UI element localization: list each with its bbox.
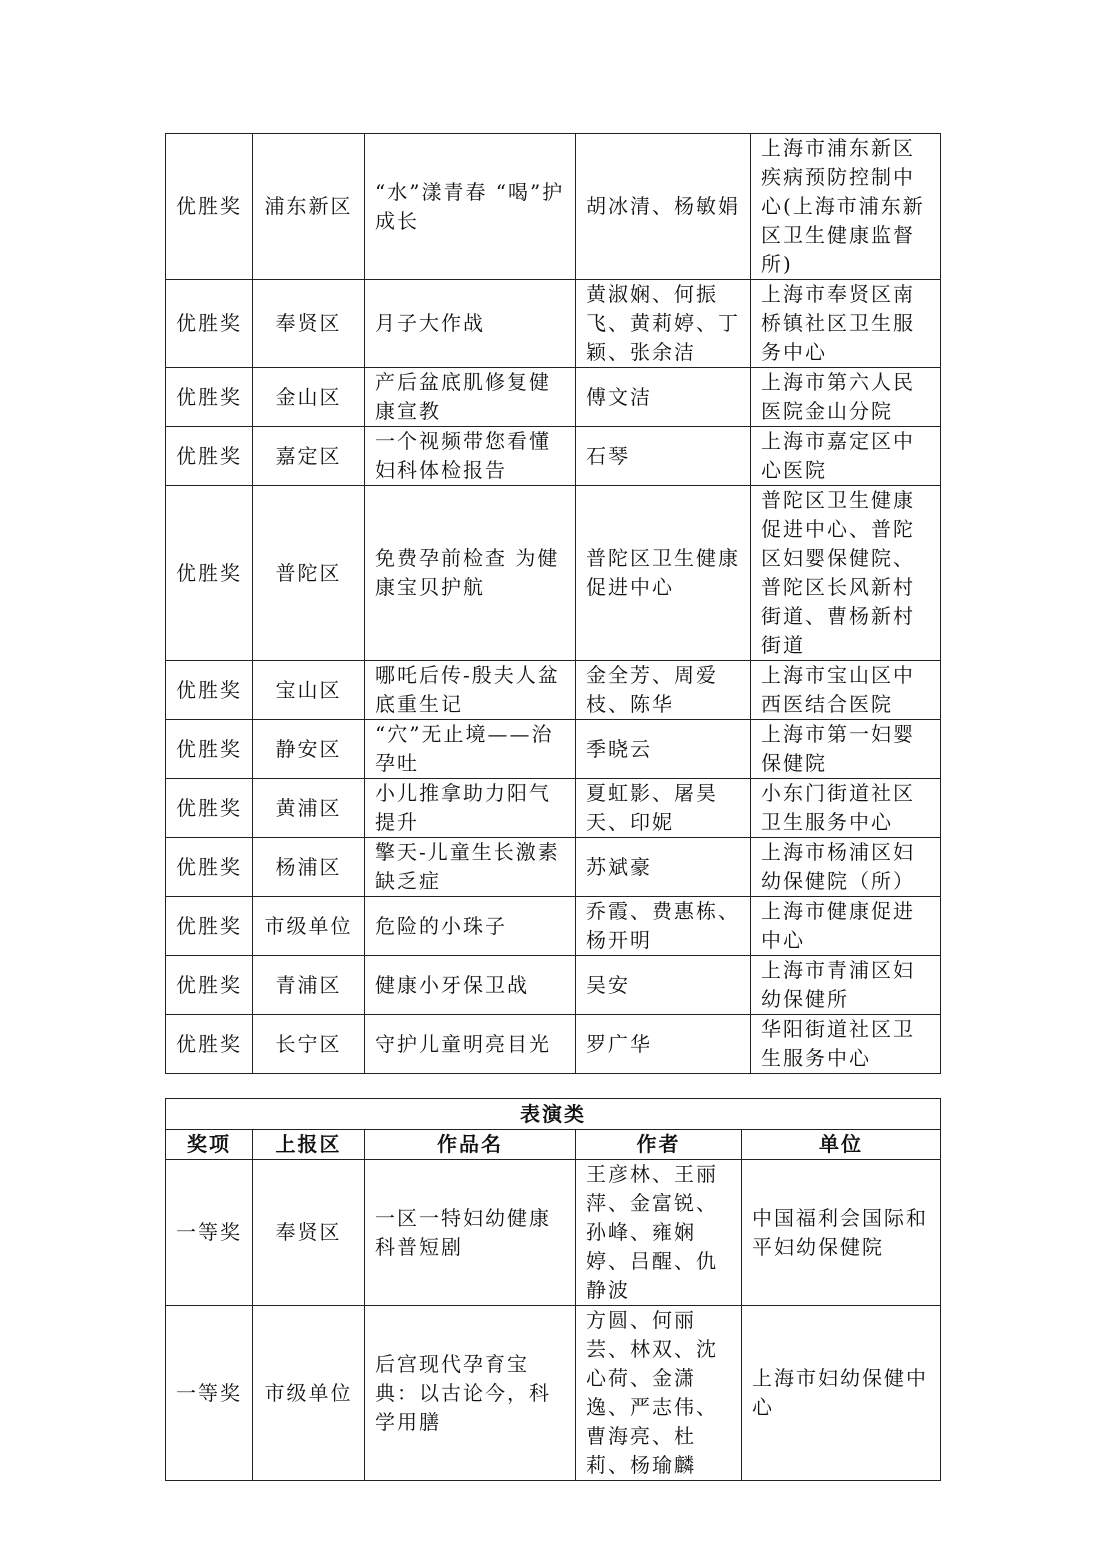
authors-cell: 王彦林、王丽萍、金富锐、孙峰、雍娴婷、吕醒、仇静波 (576, 1160, 742, 1306)
district-cell: 市级单位 (253, 1306, 365, 1481)
award-cell: 优胜奖 (166, 368, 253, 427)
authors-cell: 苏斌豪 (576, 838, 751, 897)
award-cell: 优胜奖 (166, 1015, 253, 1074)
work-cell: 免费孕前检查 为健康宝贝护航 (365, 486, 576, 661)
authors-cell: 石琴 (576, 427, 751, 486)
work-cell: 一区一特妇幼健康科普短剧 (365, 1160, 576, 1306)
district-cell: 宝山区 (253, 661, 365, 720)
district-cell: 浦东新区 (253, 134, 365, 280)
award-cell: 优胜奖 (166, 779, 253, 838)
table-row: 优胜奖 浦东新区 “水”漾青春 “喝”护成长 胡冰清、杨敏娟 上海市浦东新区疾病… (166, 134, 941, 280)
unit-cell: 上海市妇幼保健中心 (742, 1306, 941, 1481)
table-row: 一等奖 市级单位 后宫现代孕育宝典：以古论今，科学用膳 方圆、何丽芸、林双、沈心… (166, 1306, 941, 1481)
table-row: 优胜奖 普陀区 免费孕前检查 为健康宝贝护航 普陀区卫生健康促进中心 普陀区卫生… (166, 486, 941, 661)
district-cell: 长宁区 (253, 1015, 365, 1074)
award-cell: 优胜奖 (166, 720, 253, 779)
column-header-district: 上报区 (253, 1130, 365, 1160)
district-cell: 金山区 (253, 368, 365, 427)
work-cell: 后宫现代孕育宝典：以古论今，科学用膳 (365, 1306, 576, 1481)
district-cell: 市级单位 (253, 897, 365, 956)
table-row: 优胜奖 杨浦区 擎天-儿童生长激素缺乏症 苏斌豪 上海市杨浦区妇幼保健院（所） (166, 838, 941, 897)
authors-cell: 黄淑娴、何振飞、黄莉婷、丁颖、张余洁 (576, 280, 751, 368)
unit-cell: 上海市杨浦区妇幼保健院（所） (751, 838, 941, 897)
authors-cell: 方圆、何丽芸、林双、沈心荷、金潇逸、严志伟、曹海亮、杜莉、杨瑜麟 (576, 1306, 742, 1481)
authors-cell: 傅文洁 (576, 368, 751, 427)
work-cell: 产后盆底肌修复健康宣教 (365, 368, 576, 427)
column-header-unit: 单位 (742, 1130, 941, 1160)
table-row: 优胜奖 青浦区 健康小牙保卫战 吴安 上海市青浦区妇幼保健所 (166, 956, 941, 1015)
table-row: 优胜奖 宝山区 哪吒后传-殷夫人盆底重生记 金全芳、周爱枝、陈华 上海市宝山区中… (166, 661, 941, 720)
work-cell: 一个视频带您看懂妇科体检报告 (365, 427, 576, 486)
work-cell: 擎天-儿童生长激素缺乏症 (365, 838, 576, 897)
district-cell: 奉贤区 (253, 1160, 365, 1306)
authors-cell: 普陀区卫生健康促进中心 (576, 486, 751, 661)
unit-cell: 普陀区卫生健康促进中心、普陀区妇婴保健院、普陀区长风新村街道、曹杨新村街道 (751, 486, 941, 661)
column-header-work: 作品名 (365, 1130, 576, 1160)
award-cell: 优胜奖 (166, 956, 253, 1015)
authors-cell: 罗广华 (576, 1015, 751, 1074)
unit-cell: 上海市第六人民医院金山分院 (751, 368, 941, 427)
award-cell: 优胜奖 (166, 486, 253, 661)
table-row: 优胜奖 市级单位 危险的小珠子 乔霞、费惠栋、杨开明 上海市健康促进中心 (166, 897, 941, 956)
authors-cell: 金全芳、周爱枝、陈华 (576, 661, 751, 720)
awards-table-winners: 优胜奖 浦东新区 “水”漾青春 “喝”护成长 胡冰清、杨敏娟 上海市浦东新区疾病… (165, 133, 941, 1074)
district-cell: 嘉定区 (253, 427, 365, 486)
table-row: 一等奖 奉贤区 一区一特妇幼健康科普短剧 王彦林、王丽萍、金富锐、孙峰、雍娴婷、… (166, 1160, 941, 1306)
unit-cell: 上海市健康促进中心 (751, 897, 941, 956)
unit-cell: 上海市青浦区妇幼保健所 (751, 956, 941, 1015)
column-header-award: 奖项 (166, 1130, 253, 1160)
unit-cell: 中国福利会国际和平妇幼保健院 (742, 1160, 941, 1306)
unit-cell: 小东门街道社区卫生服务中心 (751, 779, 941, 838)
district-cell: 黄浦区 (253, 779, 365, 838)
award-cell: 一等奖 (166, 1306, 253, 1481)
table-title: 表演类 (166, 1099, 941, 1130)
award-cell: 优胜奖 (166, 838, 253, 897)
work-cell: 守护儿童明亮目光 (365, 1015, 576, 1074)
table-header-row: 奖项 上报区 作品名 作者 单位 (166, 1130, 941, 1160)
unit-cell: 上海市浦东新区疾病预防控制中心(上海市浦东新区卫生健康监督所) (751, 134, 941, 280)
district-cell: 青浦区 (253, 956, 365, 1015)
award-cell: 优胜奖 (166, 897, 253, 956)
work-cell: 健康小牙保卫战 (365, 956, 576, 1015)
unit-cell: 上海市嘉定区中心医院 (751, 427, 941, 486)
work-cell: 月子大作战 (365, 280, 576, 368)
district-cell: 奉贤区 (253, 280, 365, 368)
table-row: 优胜奖 静安区 “穴”无止境——治孕吐 季晓云 上海市第一妇婴保健院 (166, 720, 941, 779)
award-cell: 优胜奖 (166, 427, 253, 486)
work-cell: “穴”无止境——治孕吐 (365, 720, 576, 779)
unit-cell: 华阳街道社区卫生服务中心 (751, 1015, 941, 1074)
authors-cell: 胡冰清、杨敏娟 (576, 134, 751, 280)
unit-cell: 上海市宝山区中西医结合医院 (751, 661, 941, 720)
work-cell: 小儿推拿助力阳气提升 (365, 779, 576, 838)
award-cell: 优胜奖 (166, 280, 253, 368)
award-cell: 优胜奖 (166, 661, 253, 720)
district-cell: 杨浦区 (253, 838, 365, 897)
district-cell: 普陀区 (253, 486, 365, 661)
authors-cell: 吴安 (576, 956, 751, 1015)
work-cell: 哪吒后传-殷夫人盆底重生记 (365, 661, 576, 720)
table-row: 优胜奖 黄浦区 小儿推拿助力阳气提升 夏虹影、屠昊天、印妮 小东门街道社区卫生服… (166, 779, 941, 838)
work-cell: 危险的小珠子 (365, 897, 576, 956)
column-header-authors: 作者 (576, 1130, 742, 1160)
table-row: 优胜奖 长宁区 守护儿童明亮目光 罗广华 华阳街道社区卫生服务中心 (166, 1015, 941, 1074)
authors-cell: 夏虹影、屠昊天、印妮 (576, 779, 751, 838)
authors-cell: 乔霞、费惠栋、杨开明 (576, 897, 751, 956)
award-cell: 一等奖 (166, 1160, 253, 1306)
district-cell: 静安区 (253, 720, 365, 779)
authors-cell: 季晓云 (576, 720, 751, 779)
unit-cell: 上海市奉贤区南桥镇社区卫生服务中心 (751, 280, 941, 368)
unit-cell: 上海市第一妇婴保健院 (751, 720, 941, 779)
table-title-row: 表演类 (166, 1099, 941, 1130)
awards-table-performance: 表演类 奖项 上报区 作品名 作者 单位 一等奖 奉贤区 一区一特妇幼健康科普短… (165, 1098, 941, 1481)
award-cell: 优胜奖 (166, 134, 253, 280)
table-row: 优胜奖 奉贤区 月子大作战 黄淑娴、何振飞、黄莉婷、丁颖、张余洁 上海市奉贤区南… (166, 280, 941, 368)
work-cell: “水”漾青春 “喝”护成长 (365, 134, 576, 280)
table-row: 优胜奖 嘉定区 一个视频带您看懂妇科体检报告 石琴 上海市嘉定区中心医院 (166, 427, 941, 486)
table-row: 优胜奖 金山区 产后盆底肌修复健康宣教 傅文洁 上海市第六人民医院金山分院 (166, 368, 941, 427)
